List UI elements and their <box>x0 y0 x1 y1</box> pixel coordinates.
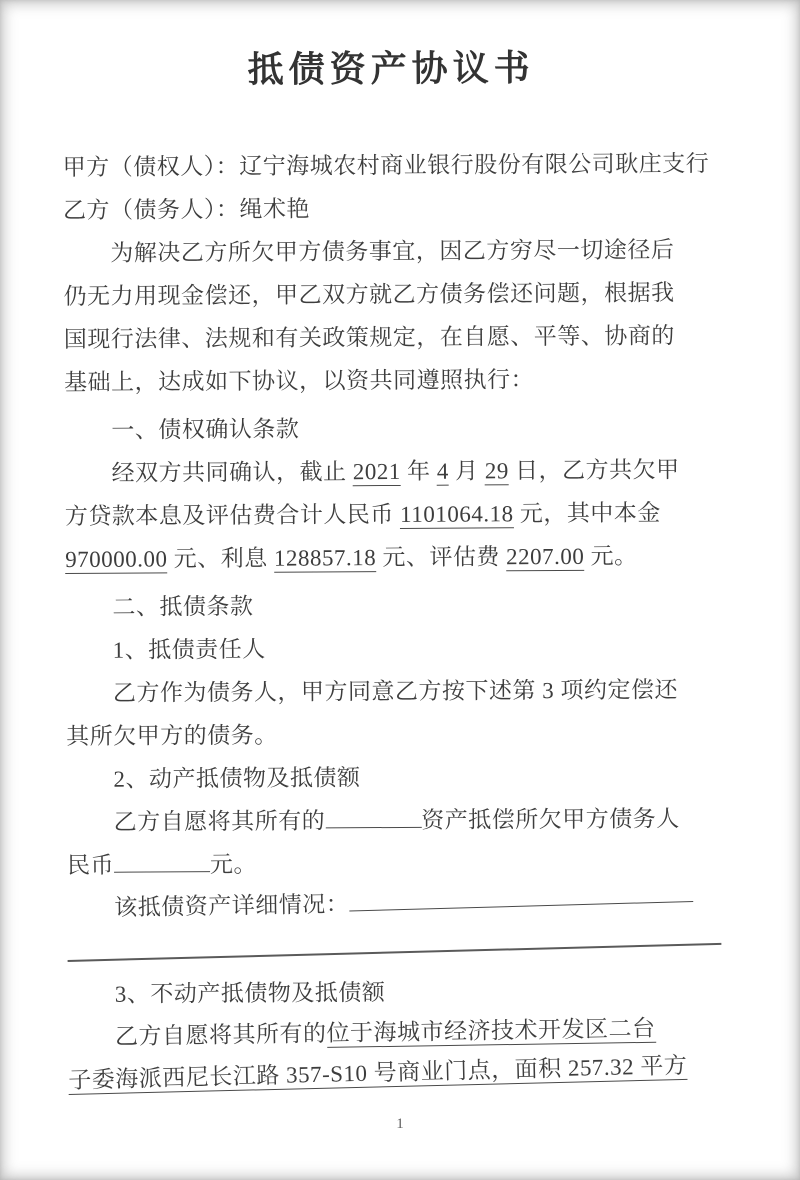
page-number: 1 <box>0 1116 800 1133</box>
section-1-line-1: 经双方共同确认，截止 2021 年 4 月 29 日，乙方共欠甲 <box>64 448 722 495</box>
blank-rule <box>68 943 722 962</box>
asset-detail-label: 该抵债资产详细情况： <box>114 892 349 921</box>
year-label: 年 <box>401 459 437 484</box>
yuan-suffix: 元。 <box>584 543 637 568</box>
appraisal-fee-value: 2207.00 <box>506 544 584 571</box>
section-1-line-3: 970000.00 元、利息 128857.18 元、评估费 2207.00 元… <box>65 534 723 581</box>
total-amount-post: 元，其中本金 <box>513 500 660 526</box>
movable-asset-post: 资产抵偿所欠甲方债务人 <box>421 806 680 833</box>
section-2-heading: 二、抵债条款 <box>65 582 723 629</box>
property-location-part-2: 子委海派西尼长江路 357-S10 号商业门点，面积 257.32 平方 <box>68 1053 688 1095</box>
principal-value: 970000.00 <box>65 546 167 574</box>
immovable-asset-pre: 乙方自愿将其所有的 <box>115 1021 327 1049</box>
movable-asset-pre: 乙方自愿将其所有的 <box>114 808 326 834</box>
preamble-line-2: 仍无力用现金偿还，甲乙双方就乙方债务偿还问题，根据我 <box>63 271 721 318</box>
debt-day-value: 29 <box>485 458 509 485</box>
asset-detail-line: 该抵债资产详细情况： <box>67 877 726 930</box>
property-location-part-1: 位于海城市经济技术开发区二台 <box>326 1016 655 1048</box>
interest-value: 128857.18 <box>274 545 376 573</box>
section-1-line-2: 方贷款本息及评估费合计人民币 1101064.18 元，其中本金 <box>65 491 723 538</box>
preamble-line-3: 国现行法律、法规和有关政策规定，在自愿、平等、协商的 <box>64 314 722 361</box>
confirm-text-post: 日，乙方共欠甲 <box>509 457 680 483</box>
asset-blank-field <box>325 807 421 829</box>
party-b-name: 绳术艳 <box>239 196 310 221</box>
amount-blank-field <box>114 851 210 873</box>
document-body: 抵债资产协议书 甲方（债权人）：辽宁海城农村商业银行股份有限公司耿庄支行 乙方（… <box>62 40 726 1102</box>
party-a-name: 辽宁海城农村商业银行股份有限公司耿庄支行 <box>239 151 709 179</box>
amount-post: 元。 <box>210 852 257 877</box>
scanned-document-page: 抵债资产协议书 甲方（债权人）：辽宁海城农村商业银行股份有限公司耿庄支行 乙方（… <box>0 0 800 1180</box>
party-b-label: 乙方（债务人）： <box>63 197 240 223</box>
document-title: 抵债资产协议书 <box>62 40 720 98</box>
preamble-line-4: 基础上，达成如下协议，以资共同遵照执行： <box>64 357 722 404</box>
confirm-text-pre: 经双方共同确认，截止 <box>112 459 353 485</box>
party-a-label: 甲方（债权人）： <box>63 154 240 180</box>
month-label: 月 <box>449 458 485 483</box>
section-2-sub-2-heading: 2、动产抵债物及抵债额 <box>66 754 724 801</box>
party-a-line: 甲方（债权人）：辽宁海城农村商业银行股份有限公司耿庄支行 <box>63 142 721 189</box>
section-2-sub-1-heading: 1、抵债责任人 <box>66 625 724 672</box>
total-amount-value: 1101064.18 <box>400 501 514 529</box>
total-amount-pre: 方贷款本息及评估费合计人民币 <box>65 502 400 529</box>
section-2-sub-2-line-1: 乙方自愿将其所有的资产抵偿所欠甲方债务人 <box>67 797 725 844</box>
section-2-sub-1-line-1: 乙方作为债务人，甲方同意乙方按下述第 3 项约定偿还 <box>66 668 724 715</box>
section-2-sub-1-line-2: 其所欠甲方的债务。 <box>66 711 724 758</box>
party-b-line: 乙方（债务人）：绳术艳 <box>63 185 721 232</box>
debt-year-value: 2021 <box>353 459 401 486</box>
asset-detail-blank-field <box>349 881 693 912</box>
section-1-heading: 一、债权确认条款 <box>64 405 722 452</box>
asset-detail-continuation-line <box>67 926 725 973</box>
interest-label: 元、利息 <box>167 546 274 572</box>
amount-pre: 民币 <box>67 853 114 878</box>
appraisal-fee-label: 元、评估费 <box>376 544 506 570</box>
debt-month-value: 4 <box>437 459 449 486</box>
preamble-line-1: 为解决乙方所欠甲方债务事宜，因乙方穷尽一切途径后 <box>63 228 721 275</box>
